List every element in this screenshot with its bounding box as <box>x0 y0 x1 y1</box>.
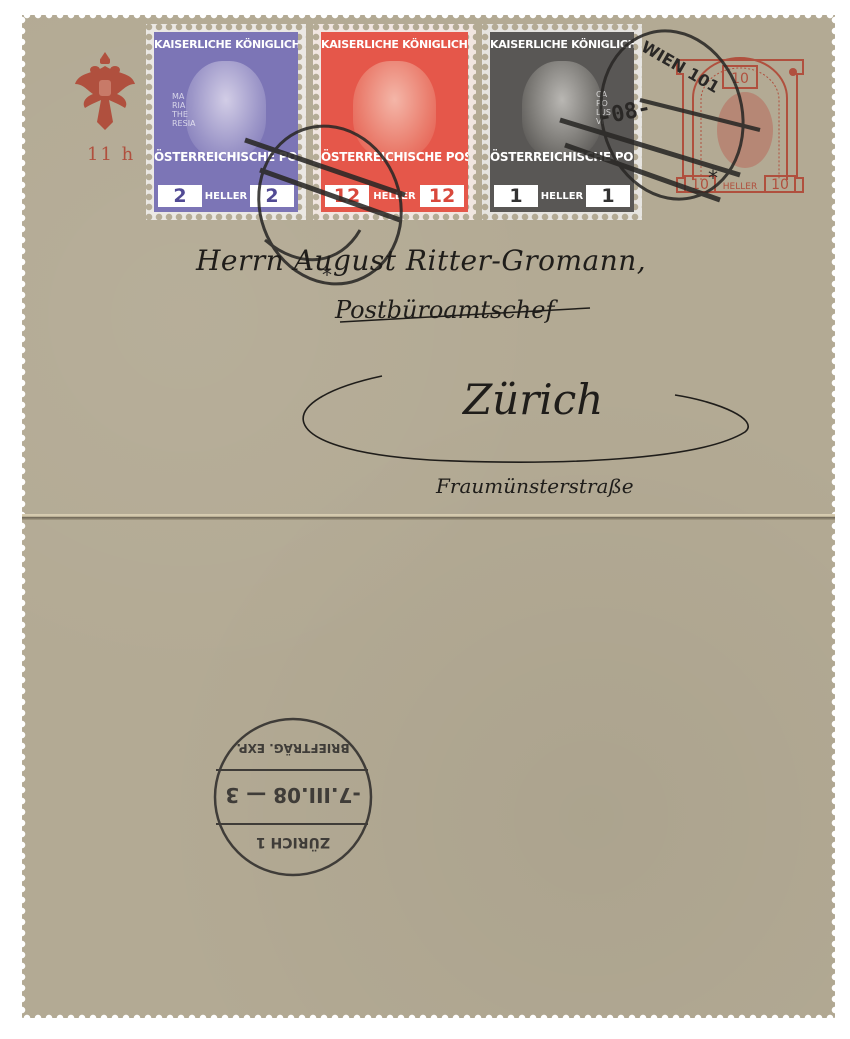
stamp-value-row: 1 HELLER 1 <box>494 184 630 208</box>
stamp-inscription-top: KAISERLICHE KÖNIGLICHE <box>490 38 634 51</box>
portrait-icon <box>186 61 267 158</box>
stamp-value-right: 12 <box>420 185 464 207</box>
stamp-1-heller: KAISERLICHE KÖNIGLICHE CA RO LUS VI ÖSTE… <box>482 24 642 220</box>
stamp-frame: KAISERLICHE KÖNIGLICHE MA RIA THE RESIA … <box>154 32 298 212</box>
stamp-denomination: HELLER <box>205 191 247 202</box>
imprint-denomination: HELLER <box>723 182 757 192</box>
stamp-inscription-top: KAISERLICHE KÖNIGLICHE <box>154 38 298 51</box>
indicia-price-label: 11 h <box>87 144 135 165</box>
stamp-value-left: 12 <box>325 185 369 207</box>
stamp-value-left: 1 <box>494 185 538 207</box>
fold-line <box>22 514 835 520</box>
stamp-denomination: HELLER <box>373 191 415 202</box>
stamp-2-heller: KAISERLICHE KÖNIGLICHE MA RIA THE RESIA … <box>146 24 306 220</box>
stamp-value-row: 12 HELLER 12 <box>325 184 464 208</box>
imprint-value-top: 10 <box>731 71 749 87</box>
portrait-caption: CA RO LUS VI <box>596 90 616 126</box>
stamp-inscription-bottom: ÖSTERREICHISCHE POST <box>490 150 634 164</box>
stamp-value-right: 1 <box>586 185 630 207</box>
stamp-frame: KAISERLICHE KÖNIGLICHE ÖSTERREICHISCHE P… <box>321 32 468 212</box>
address-street: Fraumünsterstraße <box>436 474 634 498</box>
address-city: Zürich <box>463 375 603 424</box>
imprint-value-left: 10 <box>691 177 709 193</box>
stamp-denomination: HELLER <box>541 191 583 202</box>
imprinted-stamp-10-heller: 10 10 10 HELLER <box>673 50 807 200</box>
stamp-value-right: 2 <box>250 185 294 207</box>
double-headed-eagle-icon <box>73 50 137 134</box>
stamp-inscription-top: KAISERLICHE KÖNIGLICHE <box>321 38 468 51</box>
portrait-icon <box>353 61 435 158</box>
portrait-icon <box>522 61 603 158</box>
stamp-inscription-bottom: ÖSTERREICHISCHE POST <box>154 150 298 164</box>
stamp-frame: KAISERLICHE KÖNIGLICHE CA RO LUS VI ÖSTE… <box>490 32 634 212</box>
address-recipient: Herrn August Ritter-Gromann, <box>196 244 646 277</box>
stamp-value-left: 2 <box>158 185 202 207</box>
stamp-12-heller: KAISERLICHE KÖNIGLICHE ÖSTERREICHISCHE P… <box>313 24 476 220</box>
portrait-caption: MA RIA THE RESIA <box>172 92 196 128</box>
address-title: Postbüroamtschef <box>335 296 554 324</box>
imprint-value-right: 10 <box>771 177 789 193</box>
stamp-inscription-bottom: ÖSTERREICHISCHE POST <box>321 150 468 164</box>
stamp-value-row: 2 HELLER 2 <box>158 184 294 208</box>
